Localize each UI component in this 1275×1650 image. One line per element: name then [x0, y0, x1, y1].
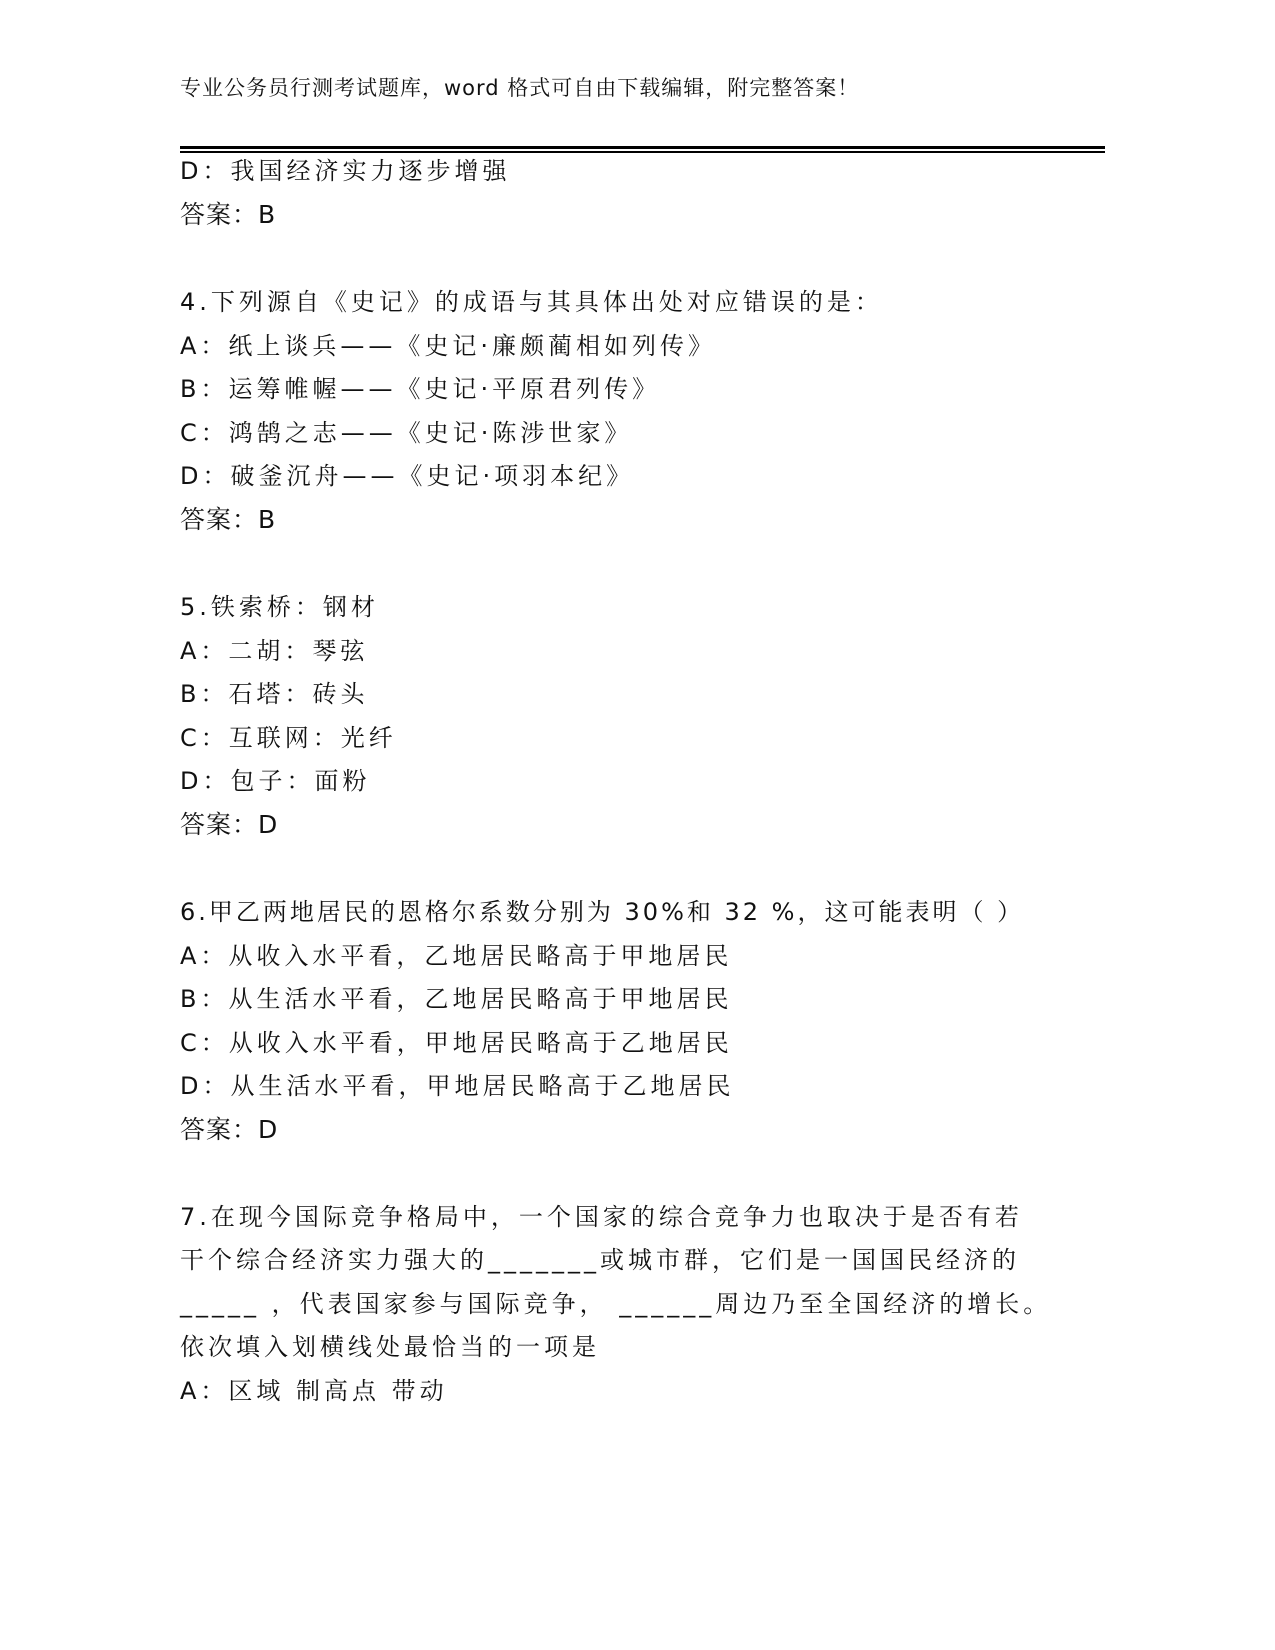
header-rule-thick [180, 146, 1105, 149]
question-7-option-a: A：区域 制高点 带动 [180, 1376, 448, 1406]
question-4-answer: 答案：B [180, 505, 276, 535]
question-6-option-b: B：从生活水平看，乙地居民略高于甲地居民 [180, 984, 732, 1014]
question-4-option-d: D：破釜沉舟——《史记·项羽本纪》 [180, 461, 634, 491]
question-6-option-c: C：从收入水平看，甲地居民略高于乙地居民 [180, 1028, 733, 1058]
question-4-option-a: A：纸上谈兵——《史记·廉颇蔺相如列传》 [180, 331, 716, 361]
question-6-option-d: D：从生活水平看，甲地居民略高于乙地居民 [180, 1071, 734, 1101]
question-5-option-b: B：石塔：砖头 [180, 679, 368, 709]
question-5-stem: 5.铁索桥：钢材 [180, 592, 379, 622]
prev-answer: 答案：B [180, 200, 276, 230]
question-4-stem: 4.下列源自《史记》的成语与其具体出处对应错误的是： [180, 287, 883, 317]
document-page: 专业公务员行测考试题库，word 格式可自由下载编辑，附完整答案！ D：我国经济… [0, 0, 1275, 1650]
question-5-option-d: D：包子：面粉 [180, 766, 370, 796]
question-7-stem-line-1: 7.在现今国际竞争格局中，一个国家的综合竞争力也取决于是否有若 [180, 1202, 1023, 1232]
question-4-option-b: B：运筹帷幄——《史记·平原君列传》 [180, 374, 660, 404]
question-6-stem: 6.甲乙两地居民的恩格尔系数分别为 30%和 32 %，这可能表明（ ） [180, 897, 1024, 927]
question-7-stem-line-3: _____ ，代表国家参与国际竞争， ______周边乃至全国经济的增长。 [180, 1289, 1051, 1319]
prev-option-d: D：我国经济实力逐步增强 [180, 156, 510, 186]
question-5-answer: 答案：D [180, 810, 278, 840]
question-6-answer: 答案：D [180, 1115, 278, 1145]
header-rule-thin [180, 151, 1105, 153]
question-5-option-c: C：互联网：光纤 [180, 723, 397, 753]
question-7-stem-line-4: 依次填入划横线处最恰当的一项是 [180, 1332, 600, 1362]
question-4-option-c: C：鸿鹄之志——《史记·陈涉世家》 [180, 418, 632, 448]
question-7-stem-line-2: 干个综合经济实力强大的_______或城市群，它们是一国国民经济的 [180, 1245, 1020, 1275]
page-header: 专业公务员行测考试题库，word 格式可自由下载编辑，附完整答案！ [180, 72, 859, 102]
question-6-option-a: A：从收入水平看，乙地居民略高于甲地居民 [180, 941, 732, 971]
question-5-option-a: A：二胡：琴弦 [180, 636, 368, 666]
